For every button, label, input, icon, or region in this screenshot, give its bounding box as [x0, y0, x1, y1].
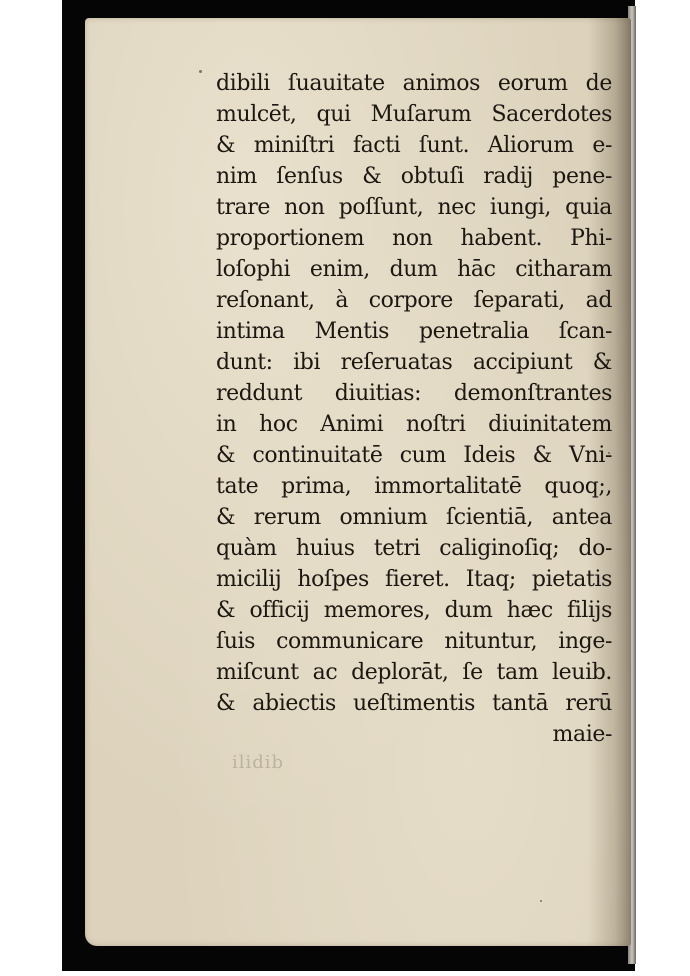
- text-line: proportionem non habent. Phi-: [216, 223, 612, 254]
- text-line: micilij hoſpes fieret. Itaq; pietatis: [216, 564, 612, 595]
- text-line: quàm huius tetri caliginoſiq; do-: [216, 533, 612, 564]
- text-line: trare non poſſunt, nec iungi, quia: [216, 192, 612, 223]
- text-line: & continuitatē cum Ideis & Vni-: [216, 440, 612, 471]
- catchword: maie-: [216, 719, 612, 750]
- page-text: dibili ſuauitate animos eorum de mulcēt,…: [216, 68, 612, 750]
- text-line: & abiectis ueſtimentis tantā rerū: [216, 688, 612, 719]
- text-line: & rerum omnium ſcientiā, antea: [216, 502, 612, 533]
- text-line: dibili ſuauitate animos eorum de: [216, 68, 612, 99]
- text-line: mulcēt, qui Muſarum Sacerdotes: [216, 99, 612, 130]
- text-line: ſuis communicare nituntur, inge-: [216, 626, 612, 657]
- text-line: reſonant, à corpore ſeparati, ad: [216, 285, 612, 316]
- text-line: miſcunt ac deplorāt, ſe tam leuib.: [216, 657, 612, 688]
- text-line: loſophi enim, dum hāc citharam: [216, 254, 612, 285]
- ink-speck: [199, 70, 202, 73]
- text-line: tate prima, immortalitatē quoq;,: [216, 471, 612, 502]
- text-line: & officij memores, dum hæc filijs: [216, 595, 612, 626]
- text-line: dunt: ibi reſeruatas accipiunt &: [216, 347, 612, 378]
- show-through-text: ilidib: [232, 752, 284, 773]
- text-line: intima Mentis penetralia ſcan-: [216, 316, 612, 347]
- text-line: reddunt diuitias: demonſtrantes: [216, 378, 612, 409]
- ink-speck: [540, 900, 542, 902]
- text-line: in hoc Animi noſtri diuinitatem: [216, 409, 612, 440]
- text-line: & miniſtri facti ſunt. Aliorum e-: [216, 130, 612, 161]
- text-line: nim ſenſus & obtuſi radij pene-: [216, 161, 612, 192]
